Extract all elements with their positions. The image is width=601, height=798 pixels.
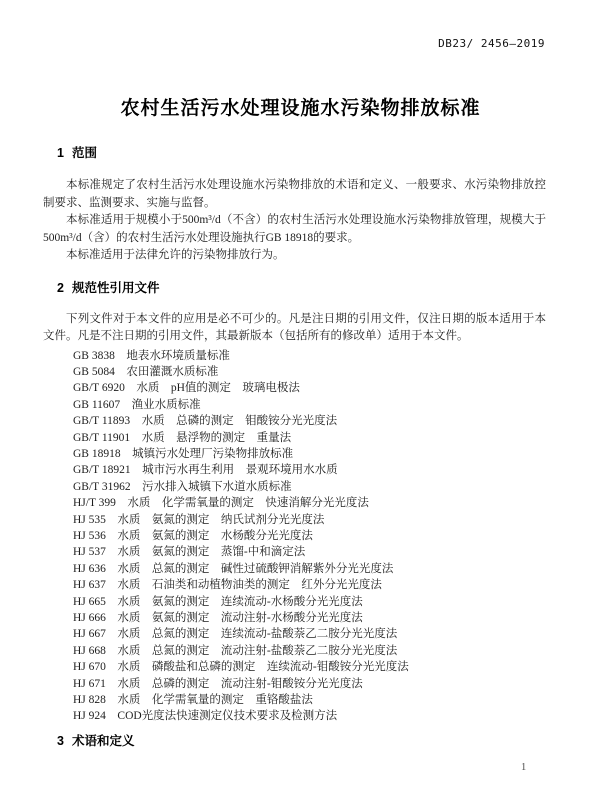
paragraph: 本标准规定了农村生活污水处理设施水污染物排放的术语和定义、一般要求、水污染物排放… bbox=[43, 177, 546, 212]
section-title: 术语和定义 bbox=[72, 734, 135, 748]
reference-item: HJ 668 水质 总氮的测定 流动注射-盐酸萘乙二胺分光光度法 bbox=[43, 643, 546, 659]
document-page: DB23/ 2456—2019 农村生活污水处理设施水污染物排放标准 1 范围 … bbox=[0, 0, 601, 798]
reference-item: HJ 828 水质 化学需氧量的测定 重铬酸盐法 bbox=[43, 692, 546, 708]
section-title: 范围 bbox=[72, 146, 97, 160]
standard-code: DB23/ 2456—2019 bbox=[438, 37, 545, 50]
reference-item: GB/T 31962 污水排入城镇下水道水质标准 bbox=[43, 479, 546, 495]
section-number: 3 bbox=[57, 734, 72, 748]
reference-item: HJ/T 399 水质 化学需氧量的测定 快速消解分光光度法 bbox=[43, 495, 546, 511]
reference-item: GB/T 6920 水质 pH值的测定 玻璃电极法 bbox=[43, 380, 546, 396]
paragraph: 下列文件对于本文件的应用是必不可少的。凡是注日期的引用文件，仅注日期的版本适用于… bbox=[43, 311, 546, 346]
reference-item: GB/T 18921 城市污水再生利用 景观环境用水水质 bbox=[43, 462, 546, 478]
paragraph: 本标准适用于规模小于500m³/d（不含）的农村生活污水处理设施水污染物排放管理… bbox=[43, 212, 546, 247]
section-number: 1 bbox=[57, 146, 72, 160]
document-title: 农村生活污水处理设施水污染物排放标准 bbox=[0, 93, 601, 120]
section-heading-terms: 3 术语和定义 bbox=[43, 734, 546, 748]
reference-item: GB 3838 地表水环境质量标准 bbox=[43, 348, 546, 364]
paragraph: 本标准适用于法律允许的污染物排放行为。 bbox=[43, 247, 546, 265]
references-intro: 下列文件对于本文件的应用是必不可少的。凡是注日期的引用文件，仅注日期的版本适用于… bbox=[43, 311, 546, 346]
reference-item: HJ 670 水质 磷酸盐和总磷的测定 连续流动-钼酸铵分光光度法 bbox=[43, 659, 546, 675]
section-number: 2 bbox=[57, 281, 72, 295]
scope-paragraphs: 本标准规定了农村生活污水处理设施水污染物排放的术语和定义、一般要求、水污染物排放… bbox=[43, 177, 546, 265]
reference-item: HJ 667 水质 总氮的测定 连续流动-盐酸萘乙二胺分光光度法 bbox=[43, 626, 546, 642]
reference-item: GB 18918 城镇污水处理厂污染物排放标准 bbox=[43, 446, 546, 462]
reference-list: GB 3838 地表水环境质量标准 GB 5084 农田灌溉水质标准 GB/T … bbox=[43, 348, 546, 725]
page-number: 1 bbox=[521, 762, 526, 773]
section-heading-references: 2 规范性引用文件 bbox=[43, 281, 546, 295]
reference-item: HJ 637 水质 石油类和动植物油类的测定 红外分光光度法 bbox=[43, 577, 546, 593]
reference-item: GB/T 11893 水质 总磷的测定 钼酸铵分光光度法 bbox=[43, 413, 546, 429]
reference-item: HJ 636 水质 总氮的测定 碱性过硫酸钾消解紫外分光光度法 bbox=[43, 561, 546, 577]
section-heading-scope: 1 范围 bbox=[43, 146, 546, 160]
reference-item: HJ 537 水质 氨氮的测定 蒸馏-中和滴定法 bbox=[43, 544, 546, 560]
reference-item: HJ 924 COD光度法快速测定仪技术要求及检测方法 bbox=[43, 708, 546, 724]
reference-item: GB 11607 渔业水质标准 bbox=[43, 397, 546, 413]
reference-item: HJ 666 水质 氨氮的测定 流动注射-水杨酸分光光度法 bbox=[43, 610, 546, 626]
reference-item: HJ 665 水质 氨氮的测定 连续流动-水杨酸分光光度法 bbox=[43, 594, 546, 610]
document-body: 1 范围 本标准规定了农村生活污水处理设施水污染物排放的术语和定义、一般要求、水… bbox=[43, 146, 546, 748]
reference-item: HJ 536 水质 氨氮的测定 水杨酸分光光度法 bbox=[43, 528, 546, 544]
reference-item: GB 5084 农田灌溉水质标准 bbox=[43, 364, 546, 380]
reference-item: HJ 671 水质 总磷的测定 流动注射-钼酸铵分光光度法 bbox=[43, 676, 546, 692]
section-title: 规范性引用文件 bbox=[72, 281, 160, 295]
reference-item: HJ 535 水质 氨氮的测定 纳氏试剂分光光度法 bbox=[43, 512, 546, 528]
reference-item: GB/T 11901 水质 悬浮物的测定 重量法 bbox=[43, 430, 546, 446]
